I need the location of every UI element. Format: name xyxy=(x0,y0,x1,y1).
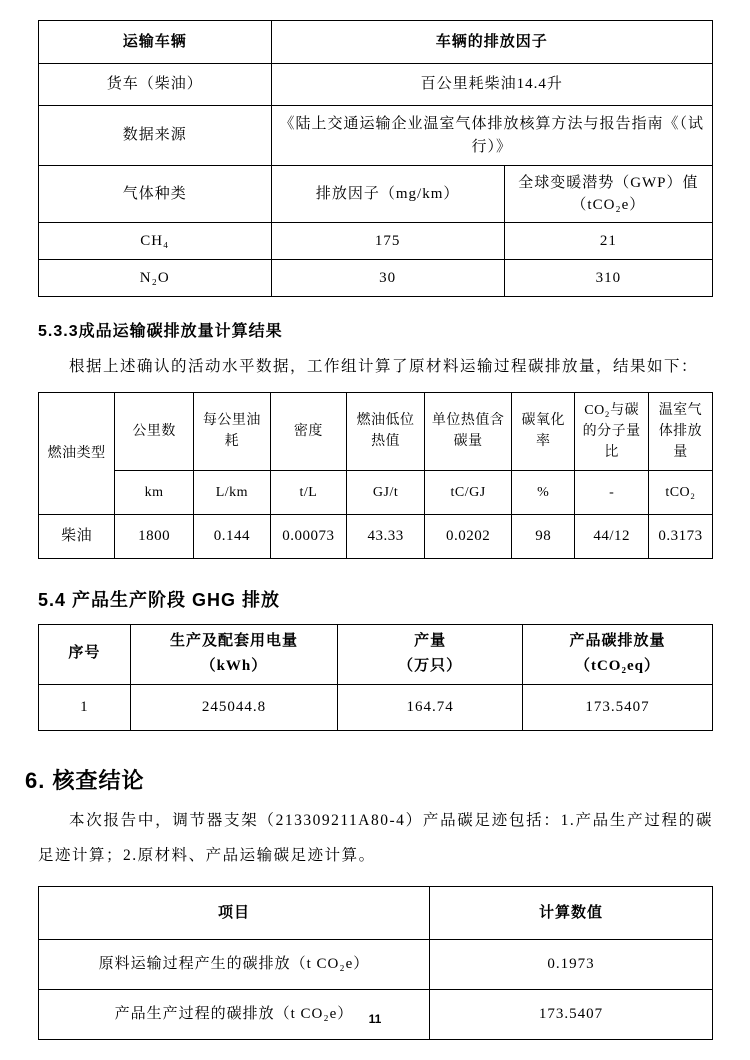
ef-header-cell: 排放因子（mg/km） xyxy=(271,166,504,223)
consumption-cell: 0.144 xyxy=(194,514,271,558)
table-row: 数据来源 《陆上交通运输企业温室气体排放核算方法与报告指南《（试行）》 xyxy=(39,106,713,166)
table-data-row: 柴油 1800 0.144 0.00073 43.33 0.0202 98 44… xyxy=(39,514,713,558)
km-header-cell: 公里数 xyxy=(115,392,194,470)
table-row: CH₄ 175 21 xyxy=(39,223,713,260)
gas-gwp-cell: 21 xyxy=(504,223,712,260)
unit-cell: t/L xyxy=(270,470,346,514)
table-row: 运输车辆 车辆的排放因子 xyxy=(39,21,713,64)
header-line2: （kWh） xyxy=(135,654,334,680)
page-number: 11 xyxy=(0,1012,750,1026)
table-data-row: 原料运输过程产生的碳排放（t CO₂e） 0.1973 xyxy=(39,939,713,989)
oxidation-rate-cell: 98 xyxy=(512,514,575,558)
gas-name-cell: CH₄ xyxy=(39,223,272,260)
molecular-ratio-header-cell: CO₂与碳的分子量比 xyxy=(575,392,648,470)
unit-cell: tC/GJ xyxy=(425,470,512,514)
carbon-emission-cell: 173.5407 xyxy=(522,684,712,730)
gas-type-header-cell: 气体种类 xyxy=(39,166,272,223)
header-line1: 生产及配套用电量 xyxy=(135,629,334,655)
production-ghg-table: 序号 生产及配套用电量 （kWh） 产量 （万只） 产品碳排放量 （tCO₂eq… xyxy=(38,624,713,731)
table-row: N₂O 30 310 xyxy=(39,260,713,297)
unit-cell: - xyxy=(575,470,648,514)
fuel-type-header-cell: 燃油类型 xyxy=(39,392,115,514)
table-units-row: km L/km t/L GJ/t tC/GJ % - tCO₂ xyxy=(39,470,713,514)
ghg-emission-header-cell: 温室气体排放量 xyxy=(648,392,712,470)
header-line1: 序号 xyxy=(43,641,126,667)
table-header-row: 项目 计算数值 xyxy=(39,886,713,939)
unit-cell: L/km xyxy=(194,470,271,514)
unit-cell: % xyxy=(512,470,575,514)
vehicle-emission-factor-table: 运输车辆 车辆的排放因子 货车（柴油） 百公里耗柴油14.4升 数据来源 《陆上… xyxy=(38,20,713,297)
carbon-content-header-cell: 单位热值含碳量 xyxy=(425,392,512,470)
gwp-header-cell: 全球变暖潜势（GWP）值（tCO₂e） xyxy=(504,166,712,223)
header-line2: （万只） xyxy=(342,654,518,680)
density-header-cell: 密度 xyxy=(270,392,346,470)
header-line2: （tCO₂eq） xyxy=(527,654,708,680)
fuel-type-cell: 柴油 xyxy=(39,514,115,558)
gas-name-cell: N₂O xyxy=(39,260,272,297)
ghg-emission-cell: 0.3173 xyxy=(648,514,712,558)
consumption-header-cell: 每公里油耗 xyxy=(194,392,271,470)
table-data-row: 1 245044.8 164.74 173.5407 xyxy=(39,684,713,730)
table-header-row: 燃油类型 公里数 每公里油耗 密度 燃油低位热值 单位热值含碳量 碳氧化率 CO… xyxy=(39,392,713,470)
section-5-3-3-heading: 5.3.3成品运输碳排放量计算结果 xyxy=(38,318,713,341)
section-6-heading: 6. 核查结论 xyxy=(25,764,713,795)
molecular-ratio-cell: 44/12 xyxy=(575,514,648,558)
truck-value-cell: 百公里耗柴油14.4升 xyxy=(271,64,712,106)
table-header-row: 序号 生产及配套用电量 （kWh） 产量 （万只） 产品碳排放量 （tCO₂eq… xyxy=(39,624,713,684)
vehicle-col-header: 运输车辆 xyxy=(39,21,272,64)
serial-header-cell: 序号 xyxy=(39,624,131,684)
section-6-paragraph: 本次报告中，调节器支架（213309211A80-4）产品碳足迹包括：1.产品生… xyxy=(38,803,713,874)
output-cell: 164.74 xyxy=(338,684,523,730)
heating-value-header-cell: 燃油低位热值 xyxy=(346,392,424,470)
fuel-transport-emission-table: 燃油类型 公里数 每公里油耗 密度 燃油低位热值 单位热值含碳量 碳氧化率 CO… xyxy=(38,392,713,559)
carbon-content-cell: 0.0202 xyxy=(425,514,512,558)
header-line1: 产量 xyxy=(342,629,518,655)
section-5-3-3-paragraph: 根据上述确认的活动水平数据，工作组计算了原材料运输过程碳排放量，结果如下： xyxy=(38,351,713,384)
heating-value-cell: 43.33 xyxy=(346,514,424,558)
document-page: 运输车辆 车辆的排放因子 货车（柴油） 百公里耗柴油14.4升 数据来源 《陆上… xyxy=(0,0,750,1040)
gas-ef-cell: 175 xyxy=(271,223,504,260)
km-cell: 1800 xyxy=(115,514,194,558)
output-header-cell: 产量 （万只） xyxy=(338,624,523,684)
unit-cell: GJ/t xyxy=(346,470,424,514)
gas-gwp-cell: 310 xyxy=(504,260,712,297)
carbon-emission-header-cell: 产品碳排放量 （tCO₂eq） xyxy=(522,624,712,684)
electricity-cell: 245044.8 xyxy=(130,684,338,730)
table-row: 货车（柴油） 百公里耗柴油14.4升 xyxy=(39,64,713,106)
table-row: 气体种类 排放因子（mg/km） 全球变暖潜势（GWP）值（tCO₂e） xyxy=(39,166,713,223)
emission-factor-col-header: 车辆的排放因子 xyxy=(271,21,712,64)
density-cell: 0.00073 xyxy=(270,514,346,558)
electricity-header-cell: 生产及配套用电量 （kWh） xyxy=(130,624,338,684)
item-cell: 原料运输过程产生的碳排放（t CO₂e） xyxy=(39,939,430,989)
section-5-4-heading: 5.4 产品生产阶段 GHG 排放 xyxy=(38,586,713,612)
gas-ef-cell: 30 xyxy=(271,260,504,297)
data-source-label-cell: 数据来源 xyxy=(39,106,272,166)
unit-cell: km xyxy=(115,470,194,514)
value-cell: 0.1973 xyxy=(429,939,712,989)
value-header-cell: 计算数值 xyxy=(429,886,712,939)
header-line1: 产品碳排放量 xyxy=(527,629,708,655)
data-source-value-cell: 《陆上交通运输企业温室气体排放核算方法与报告指南《（试行）》 xyxy=(271,106,712,166)
item-header-cell: 项目 xyxy=(39,886,430,939)
unit-cell: tCO₂ xyxy=(648,470,712,514)
oxidation-rate-header-cell: 碳氧化率 xyxy=(512,392,575,470)
truck-label-cell: 货车（柴油） xyxy=(39,64,272,106)
serial-cell: 1 xyxy=(39,684,131,730)
